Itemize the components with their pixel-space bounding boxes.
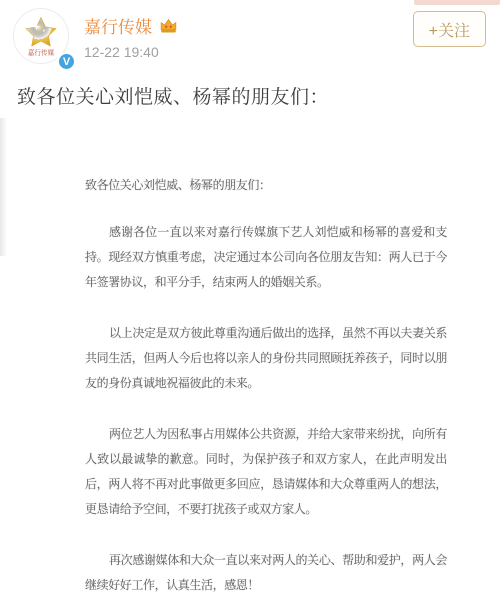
cropped-banner-edge [414,0,500,5]
follow-button[interactable]: +关注 [413,11,486,47]
username[interactable]: 嘉行传媒 [84,13,152,38]
avatar-org-name: 嘉行传媒 [28,50,55,57]
timestamp: 12-22 19:40 [84,44,413,60]
verified-badge-icon: V [57,52,76,71]
statement-text: 致各位关心刘恺威、杨幂的朋友们： 感谢各位一直以来对嘉行传媒旗下艺人刘恺威和杨幂… [85,173,447,594]
post-title: 致各位关心刘恺威、杨幂的朋友们： [17,82,484,109]
statement-paragraph-1: 感谢各位一直以来对嘉行传媒旗下艺人刘恺威和杨幂的喜爱和支持。现经双方慎重考虑，决… [85,220,447,295]
photo-edge-smudge [0,118,7,256]
statement-image[interactable]: 致各位关心刘恺威、杨幂的朋友们： 感谢各位一直以来对嘉行传媒旗下艺人刘恺威和杨幂… [85,173,447,594]
star-logo-icon [23,16,59,49]
statement-paragraph-2: 以上决定是双方彼此尊重沟通后做出的选择，虽然不再以夫妻关系共同生活，但两人今后也… [85,321,447,396]
statement-paragraph-4: 再次感谢媒体和大众一直以来对两人的关心、帮助和爱护，两人会继续好好工作，认真生活… [85,548,447,594]
post-header: 嘉行传媒 V 嘉行传媒 12-22 19:40 +关注 [0,0,500,66]
statement-paragraph-3: 两位艺人为因私事占用媒体公共资源，并给大家带来纷扰，向所有人致以最诚挚的歉意。同… [85,422,447,522]
user-info: 嘉行传媒 12-22 19:40 [84,8,413,60]
statement-salutation: 致各位关心刘恺威、杨幂的朋友们： [85,173,447,198]
avatar[interactable]: 嘉行传媒 V [13,8,71,66]
vip-crown-icon [159,17,178,34]
